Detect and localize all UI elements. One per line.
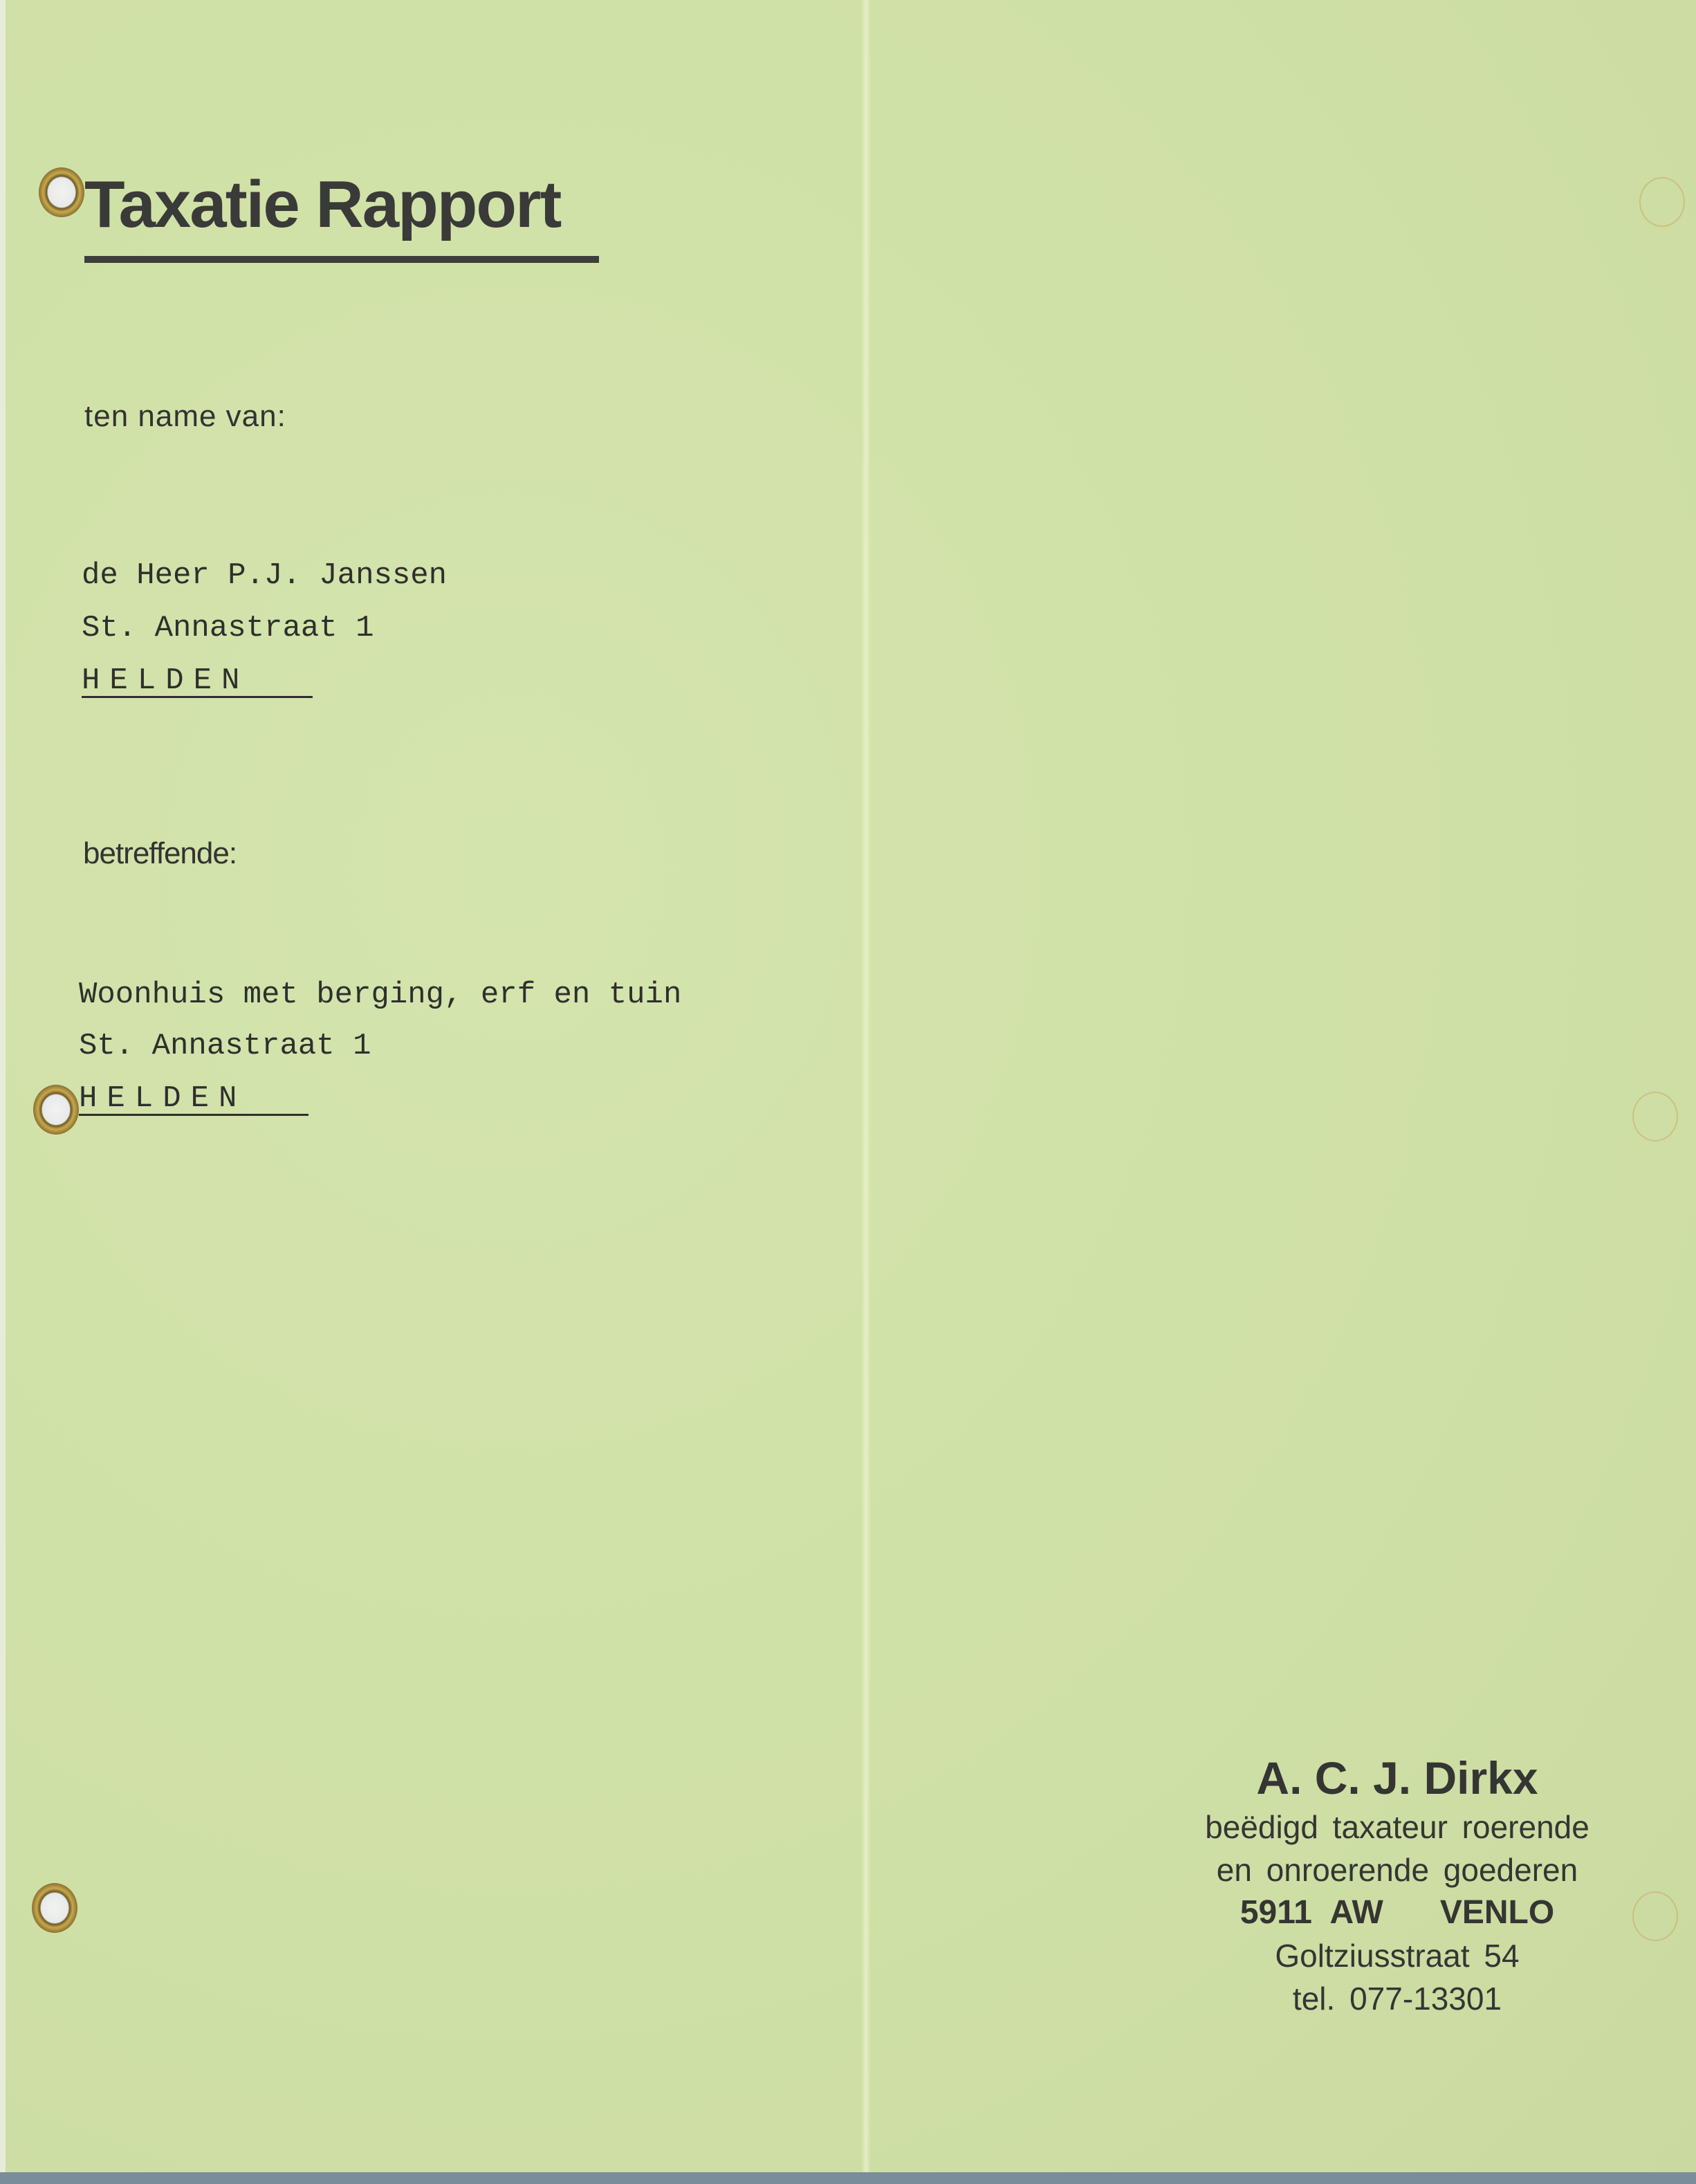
grommet-icon: [32, 1883, 77, 1933]
firm-profession-2: en onroerende goederen: [1148, 1848, 1646, 1891]
title-underline: [84, 256, 599, 263]
document-title: Taxatie Rapport: [84, 172, 560, 238]
recipient-city: HELDEN: [82, 666, 249, 696]
firm-phone: tel. 077-13301: [1148, 1977, 1646, 2020]
recipient-street: St. Annastraat 1: [82, 613, 374, 643]
subject-label: betreffende:: [83, 838, 237, 869]
recipient-city-underline: [82, 696, 313, 698]
scan-edge: [0, 2172, 1696, 2184]
center-fold: [861, 0, 871, 2172]
subject-city: HELDEN: [79, 1083, 246, 1114]
grommet-icon: [39, 167, 84, 217]
recipient-label: ten name van:: [84, 401, 286, 432]
firm-imprint: A. C. J. Dirkx beëdigd taxateur roerende…: [1148, 1750, 1646, 2020]
recipient-name: de Heer P.J. Janssen: [82, 560, 447, 591]
subject-city-underline: [79, 1114, 308, 1116]
firm-name: A. C. J. Dirkx: [1148, 1750, 1646, 1806]
grommet-icon: [33, 1085, 79, 1135]
firm-postcode-city: 5911 AW VENLO: [1148, 1891, 1646, 1934]
document-page: Taxatie Rapport ten name van: de Heer P.…: [0, 0, 1696, 2172]
subject-description: Woonhuis met berging, erf en tuin: [79, 980, 681, 1010]
page-edge: [0, 0, 6, 2172]
firm-street: Goltziusstraat 54: [1148, 1934, 1646, 1977]
hole-imprint-icon: [1639, 177, 1685, 227]
firm-profession-1: beëdigd taxateur roerende: [1148, 1806, 1646, 1848]
subject-street: St. Annastraat 1: [79, 1031, 371, 1061]
hole-imprint-icon: [1632, 1092, 1678, 1141]
